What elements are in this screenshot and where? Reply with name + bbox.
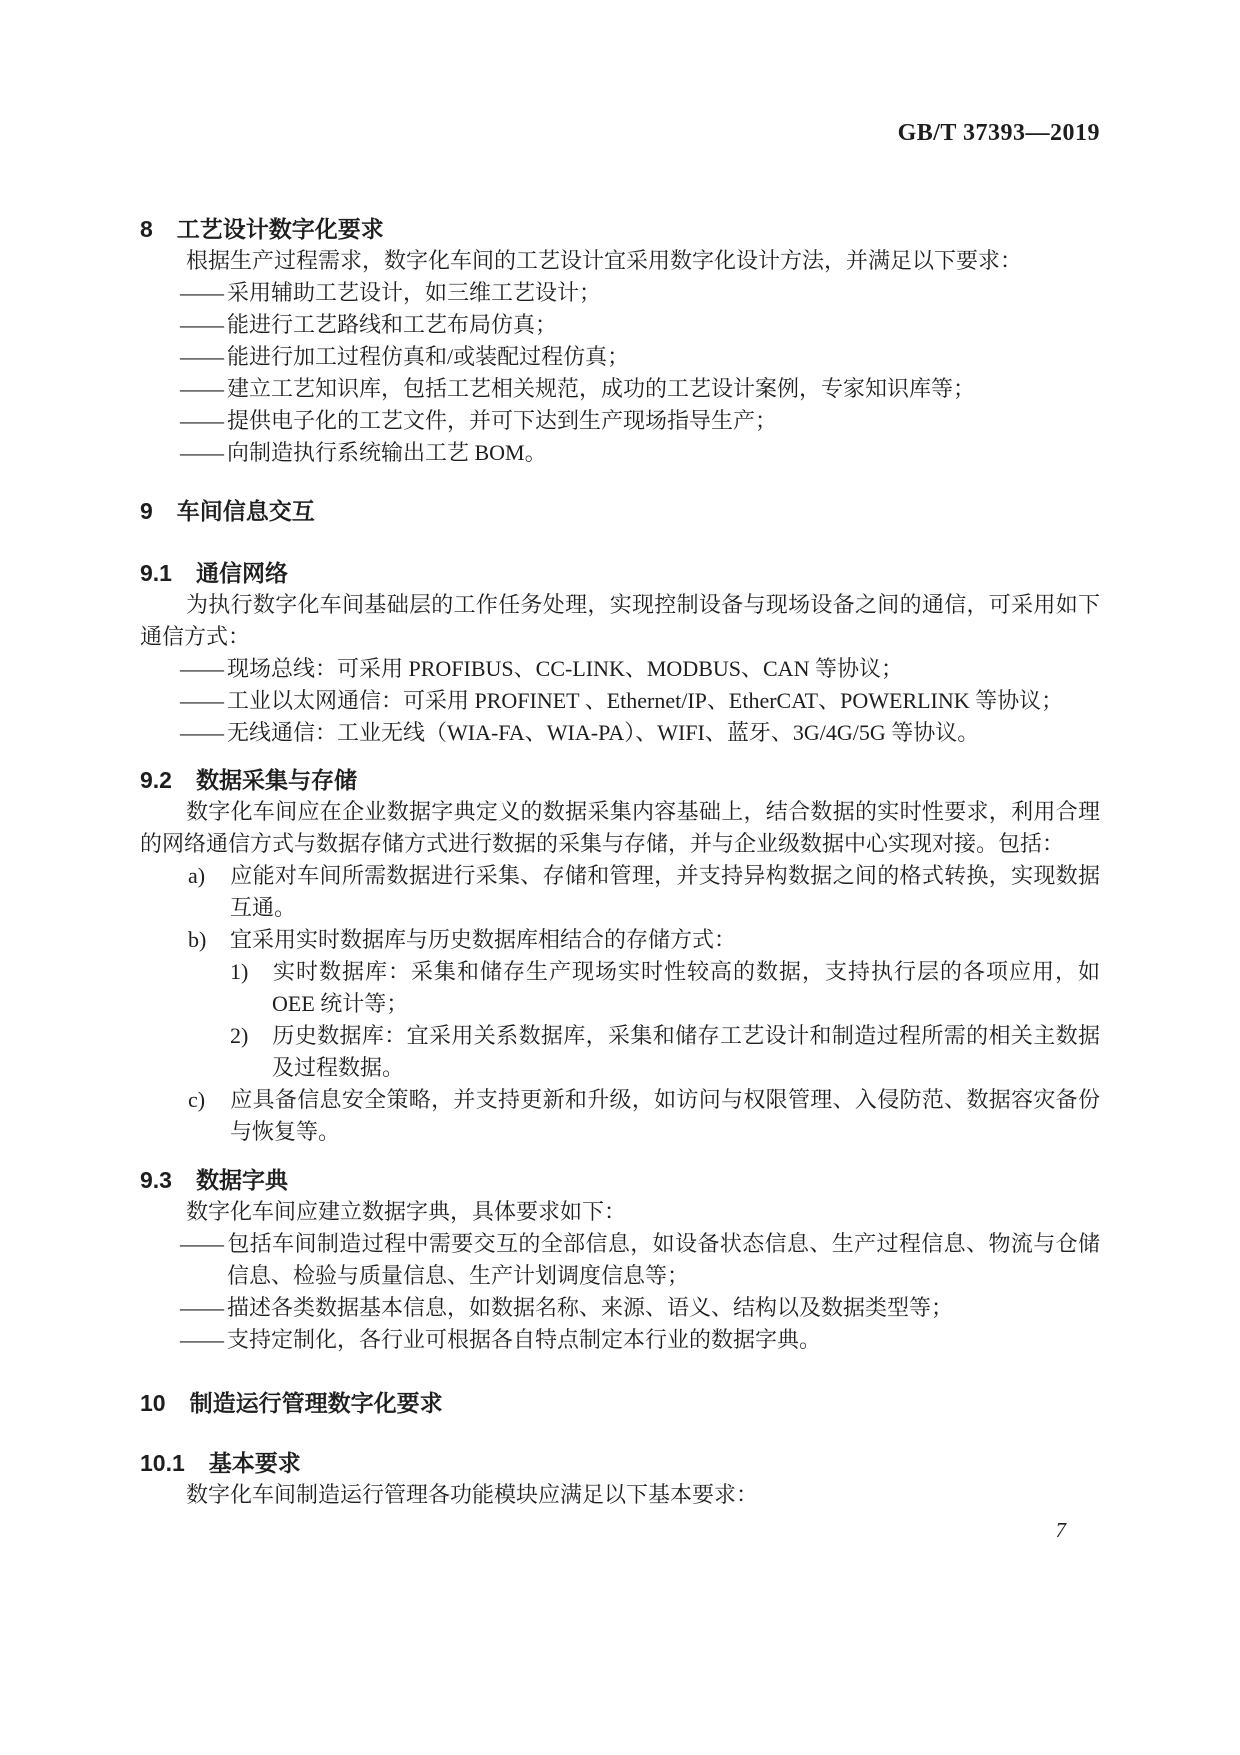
alpha-item-label: a) [188, 860, 230, 892]
section-9-1-heading: 9.1通信网络 [140, 557, 1100, 589]
dash-item-text: 描述各类数据基本信息，如数据名称、来源、语义、结构以及数据类型等； [227, 1295, 953, 1320]
dash-bullet: —— [180, 437, 227, 469]
dash-list-item: ——包括车间制造过程中需要交互的全部信息，如设备状态信息、生产过程信息、物流与仓… [140, 1228, 1100, 1292]
dash-list-item: ——建立工艺知识库，包括工艺相关规范，成功的工艺设计案例，专家知识库等； [140, 373, 1100, 405]
dash-item-text: 建立工艺知识库，包括工艺相关规范，成功的工艺设计案例，专家知识库等； [227, 376, 975, 401]
dash-list-item: ——向制造执行系统输出工艺 BOM。 [140, 437, 1100, 469]
section-8-heading: 8工艺设计数字化要求 [140, 213, 1100, 245]
section-10-number: 10 [140, 1387, 166, 1419]
dash-list-item: ——无线通信：工业无线（WIA-FA、WIA-PA）、WIFI、蓝牙、3G/4G… [140, 717, 1100, 749]
numbered-item-text: 实时数据库：采集和储存生产现场实时性较高的数据，支持执行层的各项应用，如 OEE… [272, 959, 1100, 1016]
section-9-2-number: 9.2 [140, 764, 172, 796]
dash-bullet: —— [180, 405, 227, 437]
dash-list-item: ——工业以太网通信：可采用 PROFINET 、Ethernet/IP、Ethe… [140, 685, 1100, 717]
section-8-number: 8 [140, 213, 153, 245]
section-9-1-number: 9.1 [140, 557, 172, 589]
document-page: GB/T 37393—2019 8工艺设计数字化要求 根据生产过程需求，数字化车… [0, 0, 1240, 1755]
alpha-list-item: a)应能对车间所需数据进行采集、存储和管理，并支持异构数据之间的格式转换，实现数… [140, 860, 1100, 924]
paragraph: 数字化车间应建立数据字典，具体要求如下： [140, 1196, 1100, 1228]
numbered-list-item: 1)实时数据库：采集和储存生产现场实时性较高的数据，支持执行层的各项应用，如 O… [140, 956, 1100, 1020]
alpha-list-item: b)宜采用实时数据库与历史数据库相结合的存储方式： [140, 924, 1100, 956]
section-9-3-heading: 9.3数据字典 [140, 1164, 1100, 1196]
paragraph: 数字化车间应在企业数据字典定义的数据采集内容基础上，结合数据的实时性要求，利用合… [140, 796, 1100, 860]
numbered-item-text: 历史数据库：宜采用关系数据库，采集和储存工艺设计和制造过程所需的相关主数据及过程… [272, 1023, 1100, 1080]
section-9-3-number: 9.3 [140, 1164, 172, 1196]
dash-bullet: —— [180, 277, 227, 309]
dash-item-text: 无线通信：工业无线（WIA-FA、WIA-PA）、WIFI、蓝牙、3G/4G/5… [227, 720, 979, 745]
dash-item-text: 包括车间制造过程中需要交互的全部信息，如设备状态信息、生产过程信息、物流与仓储信… [227, 1231, 1100, 1288]
alpha-item-text: 应能对车间所需数据进行采集、存储和管理，并支持异构数据之间的格式转换，实现数据互… [230, 863, 1100, 920]
section-9-title: 车间信息交互 [177, 498, 315, 524]
dash-list-item: ——能进行加工过程仿真和/或装配过程仿真； [140, 341, 1100, 373]
dash-bullet: —— [180, 373, 227, 405]
alpha-item-text: 宜采用实时数据库与历史数据库相结合的存储方式： [230, 927, 736, 952]
dash-item-text: 采用辅助工艺设计，如三维工艺设计； [227, 280, 601, 305]
section-9-1-title: 通信网络 [196, 560, 288, 586]
dash-bullet: —— [180, 717, 227, 749]
dash-item-text: 工业以太网通信：可采用 PROFINET 、Ethernet/IP、EtherC… [227, 688, 1063, 713]
dash-list-item: ——支持定制化，各行业可根据各自特点制定本行业的数据字典。 [140, 1324, 1100, 1356]
dash-bullet: —— [180, 309, 227, 341]
section-9-number: 9 [140, 495, 153, 527]
page-number: 7 [140, 1514, 1100, 1546]
dash-item-text: 支持定制化，各行业可根据各自特点制定本行业的数据字典。 [227, 1327, 821, 1352]
paragraph: 为执行数字化车间基础层的工作任务处理，实现控制设备与现场设备之间的通信，可采用如… [140, 589, 1100, 653]
dash-bullet: —— [180, 685, 227, 717]
section-9-2-heading: 9.2数据采集与存储 [140, 764, 1100, 796]
section-9-heading: 9车间信息交互 [140, 495, 1100, 527]
paragraph: 数字化车间制造运行管理各功能模块应满足以下基本要求： [140, 1479, 1100, 1511]
dash-bullet: —— [180, 1324, 227, 1356]
section-9-3-title: 数据字典 [196, 1167, 288, 1193]
section-10-1-heading: 10.1基本要求 [140, 1447, 1100, 1479]
paragraph: 根据生产过程需求，数字化车间的工艺设计宜采用数字化设计方法，并满足以下要求： [140, 245, 1100, 277]
alpha-item-text: 应具备信息安全策略，并支持更新和升级，如访问与权限管理、入侵防范、数据容灾备份与… [230, 1087, 1100, 1144]
dash-bullet: —— [180, 1292, 227, 1324]
section-9-2-title: 数据采集与存储 [196, 767, 357, 793]
dash-list-item: ——提供电子化的工艺文件，并可下达到生产现场指导生产； [140, 405, 1100, 437]
dash-bullet: —— [180, 1228, 227, 1260]
section-10-1-title: 基本要求 [209, 1450, 301, 1476]
dash-bullet: —— [180, 341, 227, 373]
section-10-heading: 10制造运行管理数字化要求 [140, 1387, 1100, 1419]
dash-item-text: 能进行加工过程仿真和/或装配过程仿真； [227, 344, 629, 369]
numbered-list-item: 2)历史数据库：宜采用关系数据库，采集和储存工艺设计和制造过程所需的相关主数据及… [140, 1020, 1100, 1084]
dash-list-item: ——现场总线：可采用 PROFIBUS、CC-LINK、MODBUS、CAN 等… [140, 653, 1100, 685]
standard-number-header: GB/T 37393—2019 [140, 117, 1100, 149]
dash-item-text: 向制造执行系统输出工艺 BOM。 [227, 440, 547, 465]
section-10-title: 制造运行管理数字化要求 [190, 1390, 443, 1416]
numbered-item-label: 2) [230, 1020, 272, 1052]
dash-item-text: 现场总线：可采用 PROFIBUS、CC-LINK、MODBUS、CAN 等协议… [227, 656, 903, 681]
alpha-list-item: c)应具备信息安全策略，并支持更新和升级，如访问与权限管理、入侵防范、数据容灾备… [140, 1084, 1100, 1148]
numbered-item-label: 1) [230, 956, 272, 988]
alpha-item-label: b) [188, 924, 230, 956]
dash-list-item: ——描述各类数据基本信息，如数据名称、来源、语义、结构以及数据类型等； [140, 1292, 1100, 1324]
alpha-item-label: c) [188, 1084, 230, 1116]
dash-bullet: —— [180, 653, 227, 685]
dash-list-item: ——能进行工艺路线和工艺布局仿真； [140, 309, 1100, 341]
section-8-title: 工艺设计数字化要求 [177, 216, 384, 242]
dash-item-text: 能进行工艺路线和工艺布局仿真； [227, 312, 557, 337]
dash-item-text: 提供电子化的工艺文件，并可下达到生产现场指导生产； [227, 408, 777, 433]
dash-list-item: ——采用辅助工艺设计，如三维工艺设计； [140, 277, 1100, 309]
section-10-1-number: 10.1 [140, 1447, 185, 1479]
page-content: GB/T 37393—2019 8工艺设计数字化要求 根据生产过程需求，数字化车… [140, 0, 1100, 1546]
